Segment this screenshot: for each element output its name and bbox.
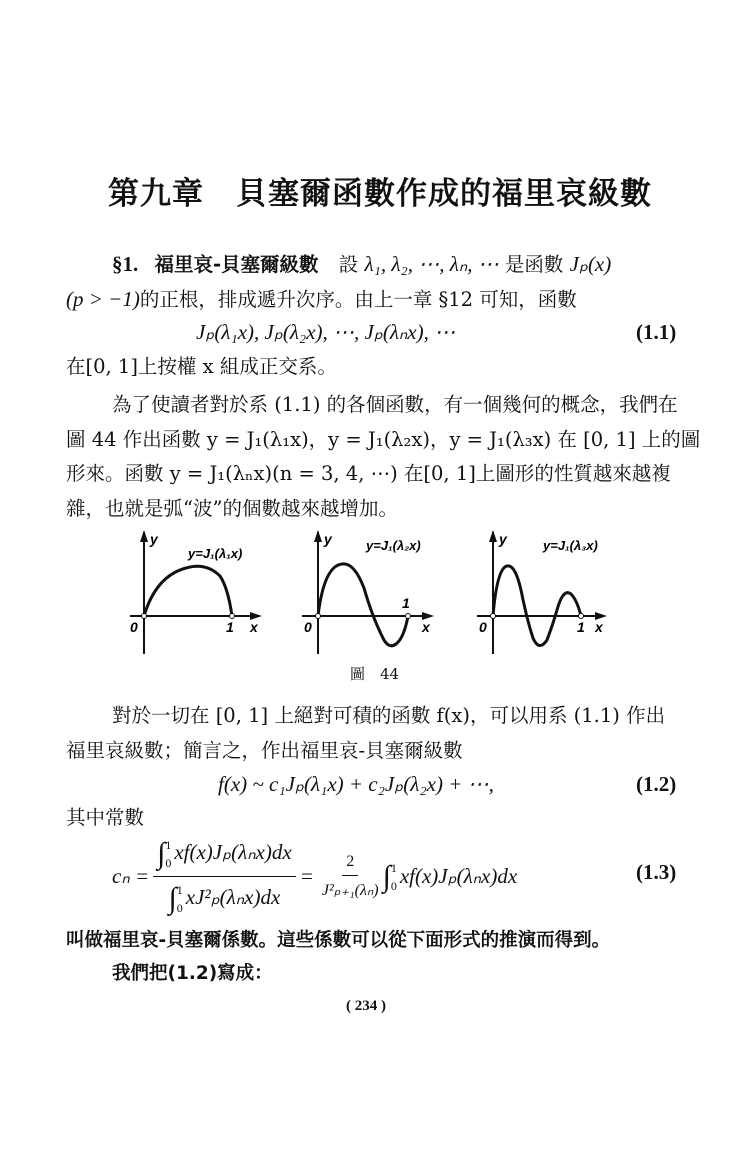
eq3-equals: = [300, 864, 314, 889]
svg-text:1: 1 [226, 619, 234, 635]
svg-text:y=J₁(λ₃x): y=J₁(λ₃x) [542, 538, 598, 553]
svg-text:y=J₁(λ₁x): y=J₁(λ₁x) [187, 546, 242, 561]
svg-text:y=J₁(λ₂x): y=J₁(λ₂x) [365, 538, 421, 553]
para3-line2: 福里哀級數；簡言之，作出福里哀-貝塞爾級數 [66, 739, 463, 763]
integral-sign: ∫ [157, 837, 165, 870]
svg-text:x: x [249, 619, 259, 635]
para1-text-b: 是函數 [499, 253, 570, 276]
para2-line2: 圖 44 作出函數 y = J₁(λ₁x)，y = J₁(λ₂x)，y = J₁… [66, 428, 700, 452]
para2-line3: 形來。函數 y = J₁(λₙx)(n = 3, 4, ⋯) 在[0, 1]上圖… [66, 462, 671, 486]
svg-text:0: 0 [479, 619, 487, 635]
para2-line4: 雜，也就是弧“波”的個數越來越增加。 [66, 497, 398, 521]
integral-sign: ∫ [383, 860, 391, 894]
svg-text:1: 1 [577, 619, 585, 635]
para1-text-a: 設 [339, 253, 365, 276]
para1-line3: 在[0, 1]上按權 x 組成正交系。 [66, 355, 337, 379]
bessel-function: Jₚ(x) [570, 252, 612, 276]
para4-line1: 叫做福里哀-貝塞爾係數。這些係數可以從下面形式的推演而得到。 [66, 929, 610, 953]
svg-text:x: x [421, 619, 431, 635]
svg-text:0: 0 [130, 619, 138, 635]
figure-caption: 圖 44 [350, 663, 399, 684]
svg-text:1: 1 [402, 595, 410, 611]
para1-line2: (p > −1)的正根，排成遞升次序。由上一章 §12 可知，函數 [66, 287, 577, 312]
svg-text:y: y [323, 531, 333, 547]
eq3-fraction: ∫10xf(x)Jₚ(λₙx)dx ∫10xJ²ₚ(λₙx)dx [153, 836, 296, 917]
graph-j1-lambda2: y y=J₁(λ₂x) 0 1 x [302, 530, 434, 654]
equation-1-3: cₙ = ∫10xf(x)Jₚ(λₙx)dx ∫10xJ²ₚ(λₙx)dx = … [112, 836, 517, 917]
eq3-rhs: xf(x)Jₚ(λₙx)dx [400, 864, 517, 889]
eq3-coefficient: 2 J²ₚ₊₁(λₙ) [318, 853, 383, 900]
svg-text:0: 0 [304, 619, 312, 635]
chapter-title: 第九章 貝塞爾函數作成的福里哀級數 [108, 168, 652, 213]
eq3-denominator: xJ²ₚ(λₙx)dx [186, 885, 281, 909]
page-number: ( 234 ) [346, 998, 386, 1015]
figure-44: y y=J₁(λ₁x) 0 1 x y y=J₁(λ₂x) 0 1 x y y=… [120, 528, 640, 658]
graph-j1-lambda1: y y=J₁(λ₁x) 0 1 x [130, 530, 262, 654]
section-heading-line: §1. 福里哀-貝塞爾級數 設 λ₁, λ₂, ⋯, λₙ, ⋯ 是函數 Jₚ(… [112, 252, 611, 277]
eq3-numerator: xf(x)Jₚ(λₙx)dx [174, 840, 291, 864]
para1-line2-text: 的正根，排成遞升次序。由上一章 §12 可知，函數 [140, 288, 577, 311]
equation-1-2: f(x) ~ c₁Jₚ(λ₁x) + c₂Jₚ(λ₂x) + ⋯, [218, 772, 494, 797]
graph-j1-lambda3: y y=J₁(λ₃x) 0 1 x [477, 530, 607, 654]
svg-text:y: y [149, 531, 159, 547]
section-number: §1. [112, 252, 138, 276]
equation-number-1-2: (1.2) [636, 772, 676, 797]
para4-line2: 我們把(1.2)寫成： [112, 962, 273, 986]
section-heading: 福里哀-貝塞爾級數 [154, 253, 318, 276]
condition: (p > −1) [66, 287, 140, 311]
equation-1-1: Jₚ(λ₁x), Jₚ(λ₂x), ⋯, Jₚ(λₙx), ⋯ [196, 320, 455, 345]
equation-number-1-1: (1.1) [636, 320, 676, 345]
para3-line3: 其中常數 [66, 806, 144, 830]
para2-line1: 為了使讀者對於系 (1.1) 的各個函數，有一個幾何的概念，我們在 [112, 393, 678, 417]
equation-number-1-3: (1.3) [636, 860, 676, 885]
integral-sign: ∫ [169, 882, 177, 915]
svg-text:y: y [498, 531, 508, 547]
roots-list: λ₁, λ₂, ⋯, λₙ, ⋯ [364, 252, 498, 276]
para3-line1: 對於一切在 [0, 1] 上絕對可積的函數 f(x)，可以用系 (1.1) 作出 [112, 704, 665, 728]
svg-text:x: x [594, 619, 604, 635]
eq3-lhs: cₙ = [112, 864, 149, 889]
